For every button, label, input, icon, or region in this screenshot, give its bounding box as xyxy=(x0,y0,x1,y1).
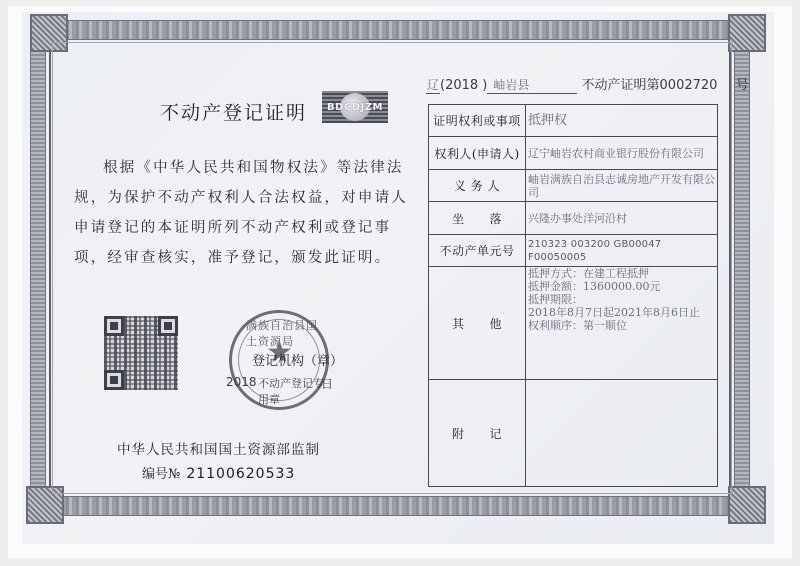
row-value: 抵押权 xyxy=(526,105,718,137)
table-row: 其 他 抵押方式：在建工程抵押 抵押金额：1360000.00元 抵押期限： 2… xyxy=(429,267,718,380)
row-label: 不动产单元号 xyxy=(429,235,526,267)
row-label: 权利人(申请人) xyxy=(429,137,526,170)
row-label: 附 记 xyxy=(429,380,526,487)
serial-number: 21100620533 xyxy=(186,466,295,482)
badge-text: BDCDJZM xyxy=(327,102,383,113)
table-row: 附 记 xyxy=(429,380,718,487)
seal-bottom-text: 不动产登记专用章 xyxy=(258,375,326,407)
row-value xyxy=(526,380,718,487)
row-label: 义 务 人 xyxy=(429,170,526,202)
table-row: 权利人(申请人) 辽宁岫岩农村商业银行股份有限公司 xyxy=(429,137,718,170)
bdcdjzm-badge-icon: BDCDJZM xyxy=(322,91,388,123)
other-line: 抵押方式：在建工程抵押 xyxy=(528,267,715,280)
county-name: 岫岩县 xyxy=(487,76,577,94)
row-label: 坐 落 xyxy=(429,202,526,235)
other-line: 权利顺序：第一顺位 xyxy=(528,319,715,332)
ornamental-border-bottom xyxy=(36,496,742,516)
certificate-number-line: 辽(2018 )岫岩县 不动产证明第0002720 号 xyxy=(426,74,749,94)
serial-number-line: 编号№21100620533 xyxy=(142,463,295,482)
ornamental-border-right xyxy=(734,36,750,496)
table-row: 义 务 人 岫岩满族自治县志诚房地产开发有限公司 xyxy=(429,170,718,202)
row-value: 210323 003200 GB00047 F00050005 xyxy=(526,235,718,267)
registration-org-label: 登记机构（章） xyxy=(252,350,343,369)
document-title: 不动产登记证明 xyxy=(160,98,307,125)
ornamental-border-top xyxy=(36,20,742,40)
row-value: 岫岩满族自治县志诚房地产开发有限公司 xyxy=(526,170,718,202)
cert-label: 不动产证明第 xyxy=(582,78,660,93)
row-label: 其 他 xyxy=(429,267,526,380)
cert-number: 0002720 xyxy=(660,78,718,93)
table-row: 证明权利或事项 抵押权 xyxy=(429,105,718,137)
other-line: 2018年8月7日起2021年8月6日止 xyxy=(528,306,715,319)
ornamental-border-left xyxy=(30,36,46,496)
row-label: 证明权利或事项 xyxy=(429,105,526,137)
cert-suffix: 号 xyxy=(736,78,749,93)
corner-ornament-icon xyxy=(728,14,766,52)
table-row: 不动产单元号 210323 003200 GB00047 F00050005 xyxy=(429,235,718,267)
row-value: 兴隆办事处洋河沿村 xyxy=(526,202,718,235)
other-line: 抵押期限： xyxy=(528,293,715,306)
supervisor-line: 中华人民共和国国土资源部监制 xyxy=(117,438,320,458)
qr-finder-icon xyxy=(158,316,178,336)
other-line: 抵押金额：1360000.00元 xyxy=(528,280,715,293)
registration-date-year: 2018 xyxy=(226,375,257,389)
corner-ornament-icon xyxy=(728,486,766,524)
certificate-info-table: 证明权利或事项 抵押权 权利人(申请人) 辽宁岫岩农村商业银行股份有限公司 义 … xyxy=(428,104,718,487)
province-abbr: 辽 xyxy=(426,76,440,94)
table-row: 坐 落 兴隆办事处洋河沿村 xyxy=(429,202,718,235)
cert-year: (2018 xyxy=(440,78,478,93)
qr-finder-icon xyxy=(104,370,124,390)
registration-date-day-suffix: 日 xyxy=(321,375,333,392)
row-value: 辽宁岫岩农村商业银行股份有限公司 xyxy=(526,137,718,170)
qr-code-icon xyxy=(104,316,178,390)
row-value-other: 抵押方式：在建工程抵押 抵押金额：1360000.00元 抵押期限： 2018年… xyxy=(526,267,718,380)
qr-finder-icon xyxy=(104,316,124,336)
serial-label: 编号№ xyxy=(142,467,180,482)
legal-basis-paragraph: 根据《中华人民共和国物权法》等法律法规，为保护不动产权利人合法权益，对申请人申请… xyxy=(74,153,410,273)
